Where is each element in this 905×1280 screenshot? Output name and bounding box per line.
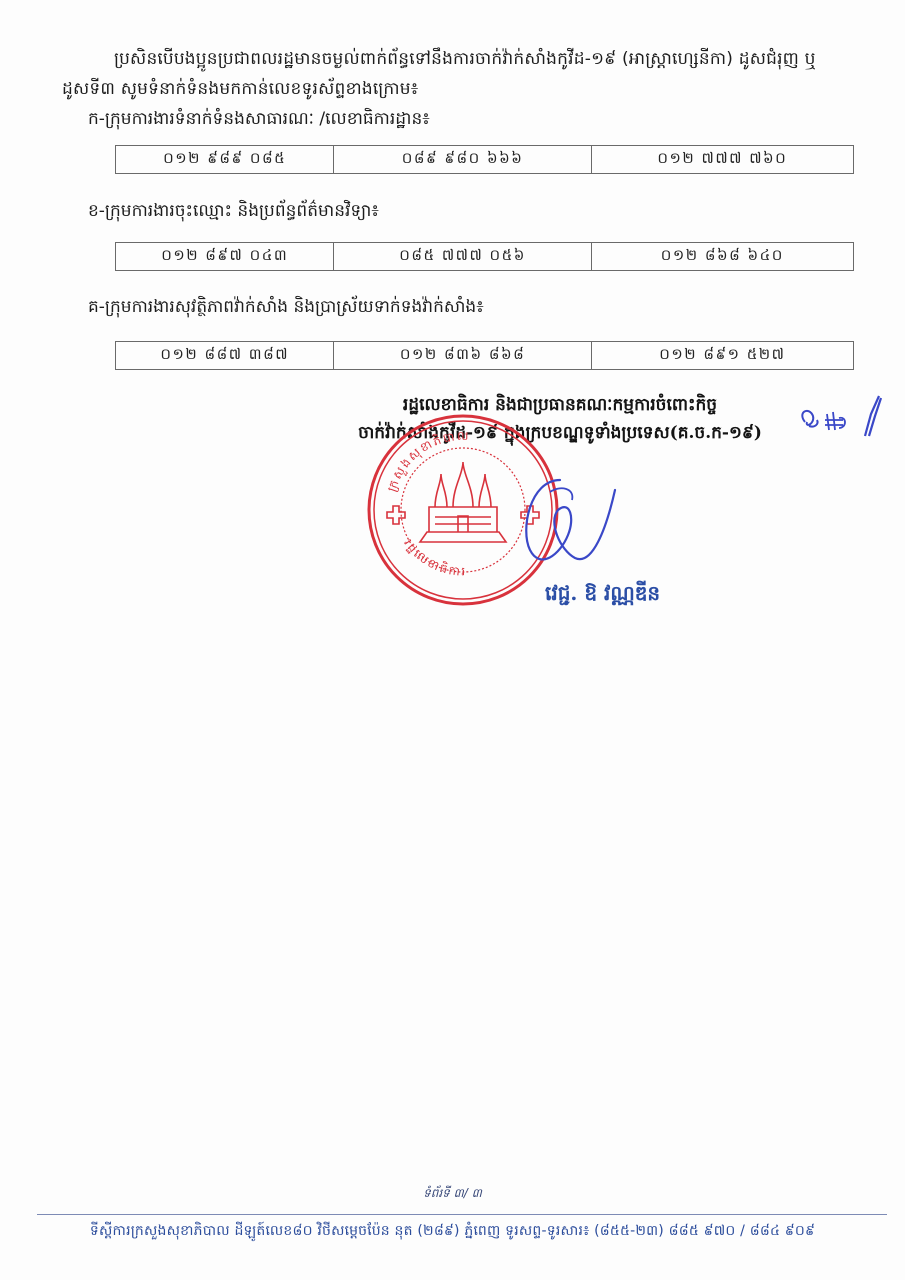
- phone-number: ០៨៥ ៧៧៧ ០៥៦: [334, 243, 591, 271]
- page-number: ទំព័រទី ៣/ ៣: [0, 1185, 905, 1203]
- footer-divider: [37, 1214, 887, 1215]
- table-row: ០១២ ៩៨៩ ០៨៥ ០៨៩ ៩៨០ ៦៦៦ ០១២ ៧៧៧ ៧៦០: [116, 146, 854, 174]
- phone-table-registration: ០១២ ៨៩៧ ០៤៣ ០៨៥ ៧៧៧ ០៥៦ ០១២ ៨៦៨ ៦៤០: [115, 242, 854, 271]
- phone-number: ០១២ ៨៦៨ ៦៤០: [591, 243, 853, 271]
- intro-text: ប្រសិនបើបងប្អូនប្រជាពលរដ្ឋមានចម្ងល់ពាក់ព…: [62, 49, 816, 99]
- intro-paragraph: ប្រសិនបើបងប្អូនប្រជាពលរដ្ឋមានចម្ងល់ពាក់ព…: [62, 44, 862, 104]
- phone-table-public-relations: ០១២ ៩៨៩ ០៨៥ ០៨៩ ៩៨០ ៦៦៦ ០១២ ៧៧៧ ៧៦០: [115, 145, 854, 174]
- section-label-public-relations: ក-ក្រុមការងារទំនាក់ទំនងសាធារណៈ /លេខាធិកា…: [88, 108, 430, 133]
- phone-number: ០១២ ៨៣៦ ៨៦៨: [334, 342, 591, 370]
- section-label-registration: ខ-ក្រុមការងារចុះឈ្មោះ និងប្រព័ន្ធព័ត៌មាន…: [88, 200, 379, 225]
- phone-number: ០១២ ៩៨៩ ០៨៥: [116, 146, 334, 174]
- footer-address: ទីស្តីការក្រសួងសុខាភិបាល ដីឡូត៍លេខ៨០ វិថ…: [0, 1221, 905, 1242]
- handwritten-initials-icon: [795, 392, 885, 447]
- phone-number: ០៨៩ ៩៨០ ៦៦៦: [334, 146, 591, 174]
- phone-number: ០១២ ៨៩១ ៥២៧: [591, 342, 853, 370]
- section-label-vaccine-safety: គ-ក្រុមការងារសុវត្ថិភាពវ៉ាក់សាំង និងប្រា…: [88, 296, 484, 321]
- phone-number: ០១២ ៨៨៧ ៣៨៧: [116, 342, 334, 370]
- phone-table-vaccine-safety: ០១២ ៨៨៧ ៣៨៧ ០១២ ៨៣៦ ៨៦៨ ០១២ ៨៩១ ៥២៧: [115, 341, 854, 370]
- phone-number: ០១២ ៧៧៧ ៧៦០: [591, 146, 853, 174]
- signatory-name: វេជ្ជ. ឱ វណ្ណឌីន: [545, 580, 660, 610]
- handwritten-signature-icon: [520, 470, 620, 580]
- table-row: ០១២ ៨៩៧ ០៤៣ ០៨៥ ៧៧៧ ០៥៦ ០១២ ៨៦៨ ៦៤០: [116, 243, 854, 271]
- document-page: ប្រសិនបើបងប្អូនប្រជាពលរដ្ឋមានចម្ងល់ពាក់ព…: [0, 0, 905, 1280]
- table-row: ០១២ ៨៨៧ ៣៨៧ ០១២ ៨៣៦ ៨៦៨ ០១២ ៨៩១ ៥២៧: [116, 342, 854, 370]
- phone-number: ០១២ ៨៩៧ ០៤៣: [116, 243, 334, 271]
